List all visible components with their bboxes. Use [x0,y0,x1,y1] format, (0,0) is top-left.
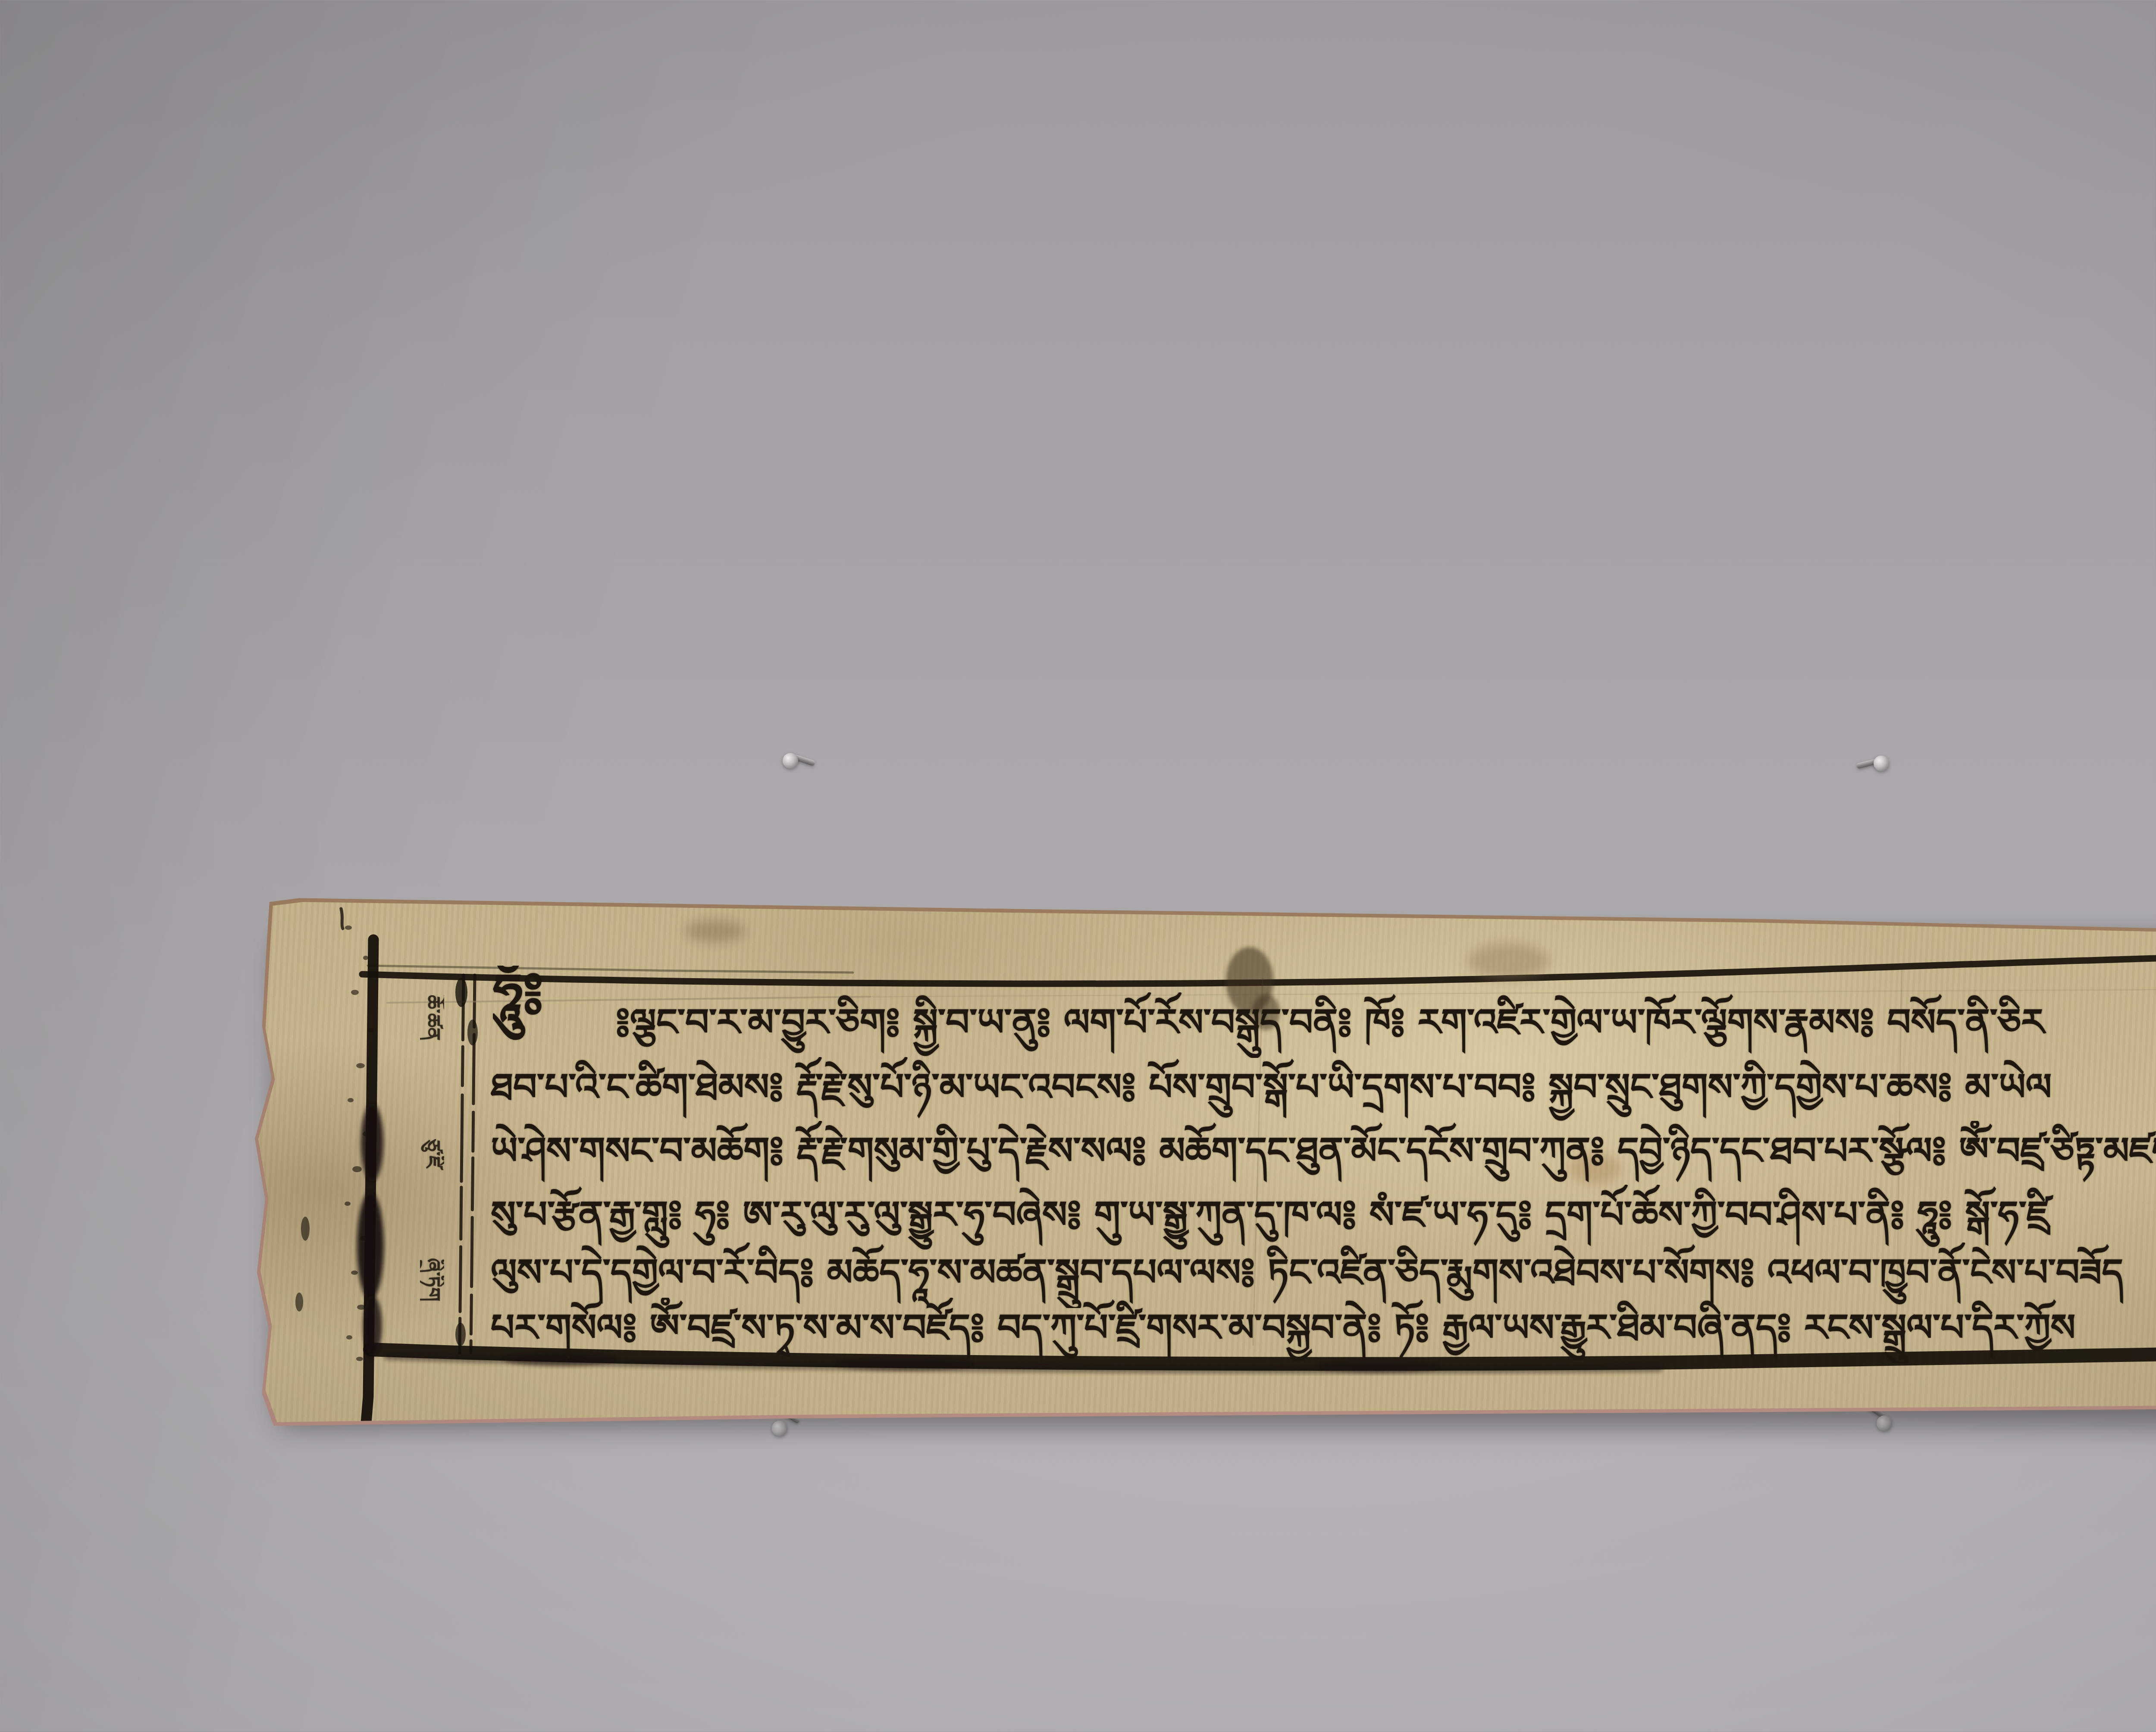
opening-syllable: ཧཱུྃ༔ [493,966,622,1048]
text-line-2: ཐབ་པ་འི་ང་ཚིག་ཐེམས༔ རྡོ་རྗེ་སུ་པོ་ཉི་མ་ཡ… [491,1057,2156,1123]
margin-note-top: ཆོ་ཚན [420,995,444,1137]
pin-head [1874,756,1889,771]
text-line-1: ༔ལྕང་བ་ར་མ་བྱུར་ཅིག༔ སྐྱི་བ་ཡ་ནུ༔ ལག་པོ་… [616,992,2156,1058]
margin-note-bottom: ཞྲི་ཏིག [420,1258,444,1400]
text-line-6: པར་གསོལ༔ ཨོཾ་བཛྲ་ས་ཏྭ་ས་མ་ས་བཛོད༔ བད་ཀུ་… [491,1298,2156,1363]
pin-head [783,753,798,769]
photo-vignette [0,0,2156,1732]
manuscript-page: ཧཱུྃ༔ ༔ལྕང་བ་ར་མ་བྱུར་ཅིག༔ སྐྱི་བ་ཡ་ནུ༔ … [254,897,2156,1432]
text-line-3: ཡེ་ཤེས་གསང་བ་མཆོག༔ རྡོ་རྗེ་གསུམ་གྱི་པུ་ད… [491,1121,2156,1186]
paper-surface: ཧཱུྃ༔ ༔ལྕང་བ་ར་མ་བྱུར་ཅིག༔ སྐྱི་བ་ཡ་ནུ༔ … [258,901,2156,1428]
photo-background: { "photo": { "background": { "color_top"… [0,0,2156,1732]
text-line-4: སུ་པ་རྩོན་རྒྱ་གླུ༔ ཧུ༔ ཨ་རུ་ལུ་རུ་ལུ་སྒྱ… [491,1185,2156,1250]
